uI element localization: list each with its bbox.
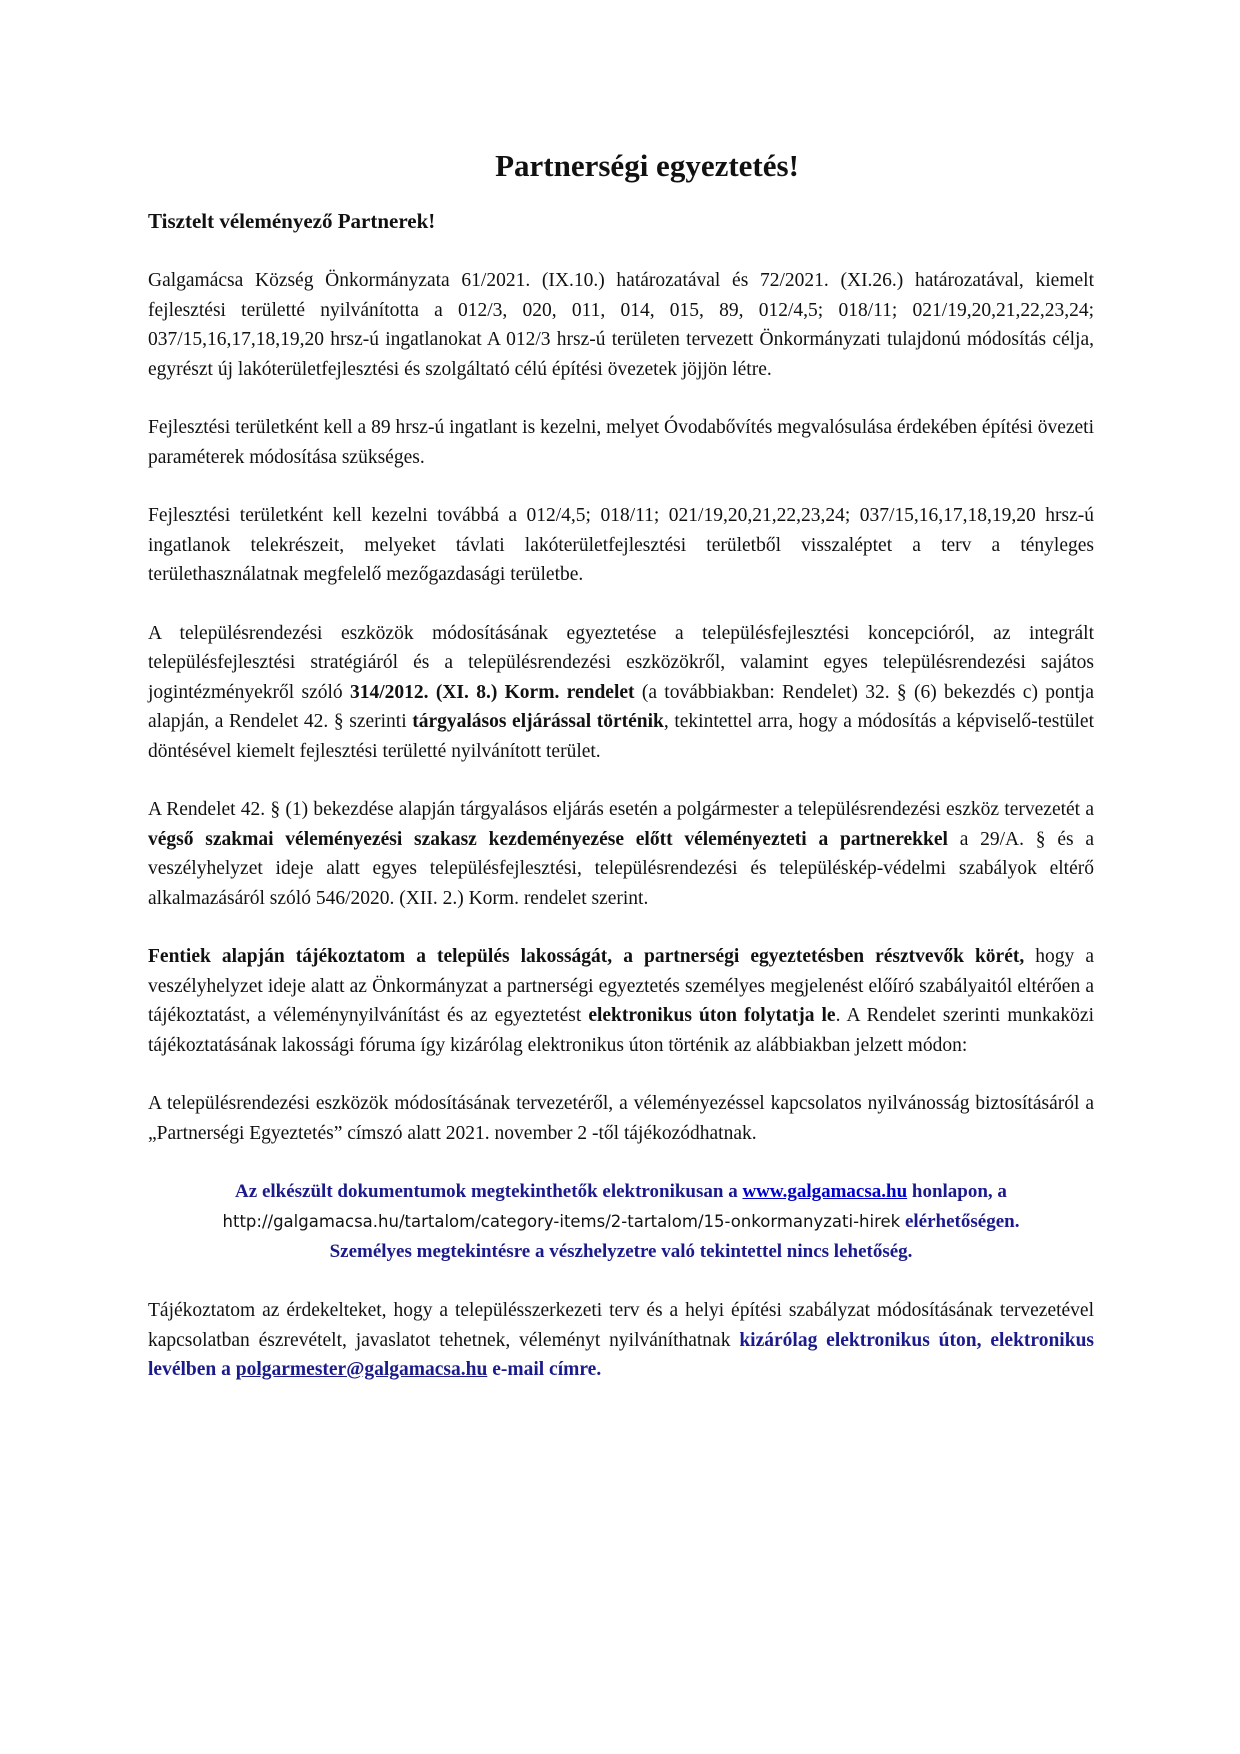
paragraph-5: A Rendelet 42. § (1) bekezdése alapján t…: [148, 795, 1094, 913]
paragraph-6: Fentiek alapján tájékoztatom a település…: [148, 942, 1094, 1060]
notice-text: Az elkészült dokumentumok megtekinthetők…: [235, 1181, 742, 1202]
email-link[interactable]: polgarmester@galgamacsa.hu: [236, 1359, 488, 1380]
closing-paragraph: Tájékoztatom az érdekelteket, hogy a tel…: [148, 1296, 1094, 1385]
closing-emphasis-end: e-mail címre.: [487, 1359, 601, 1380]
notice-line-3: Személyes megtekintésre a vészhelyzetre …: [148, 1237, 1094, 1267]
p6-electronic: elektronikus úton folytatja le: [588, 1005, 835, 1026]
p4-procedure: tárgyalásos eljárással történik: [412, 711, 664, 732]
p5-emphasis: végső szakmai véleményezési szakasz kezd…: [148, 829, 948, 850]
page-title: Partnerségi egyeztetés!: [148, 146, 1094, 186]
notice-text: honlapon, a: [907, 1181, 1007, 1202]
p5-text-a: A Rendelet 42. § (1) bekezdése alapján t…: [148, 799, 1094, 820]
salutation: Tisztelt véleményező Partnerek!: [148, 206, 1094, 236]
notice-text: elérhetőségen.: [900, 1211, 1019, 1232]
paragraph-7: A településrendezési eszközök módosításá…: [148, 1089, 1094, 1148]
notice-line-2: http://galgamacsa.hu/tartalom/category-i…: [148, 1207, 1094, 1237]
paragraph-2: Fejlesztési területként kell a 89 hrsz-ú…: [148, 413, 1094, 472]
paragraph-3: Fejlesztési területként kell kezelni tov…: [148, 501, 1094, 590]
p4-decree-ref: 314/2012. (XI. 8.) Korm. rendelet: [350, 682, 635, 703]
documents-notice: Az elkészült dokumentumok megtekinthetők…: [148, 1177, 1094, 1267]
p6-lead: Fentiek alapján tájékoztatom a település…: [148, 946, 1024, 967]
notice-line-1: Az elkészült dokumentumok megtekinthetők…: [148, 1177, 1094, 1207]
paragraph-4: A településrendezési eszközök módosításá…: [148, 619, 1094, 767]
paragraph-1: Galgamácsa Község Önkormányzata 61/2021.…: [148, 266, 1094, 384]
news-url[interactable]: http://galgamacsa.hu/tartalom/category-i…: [223, 1212, 901, 1231]
document-page: Partnerségi egyeztetés! Tisztelt vélemén…: [148, 146, 1094, 1414]
website-link[interactable]: www.galgamacsa.hu: [742, 1181, 907, 1202]
